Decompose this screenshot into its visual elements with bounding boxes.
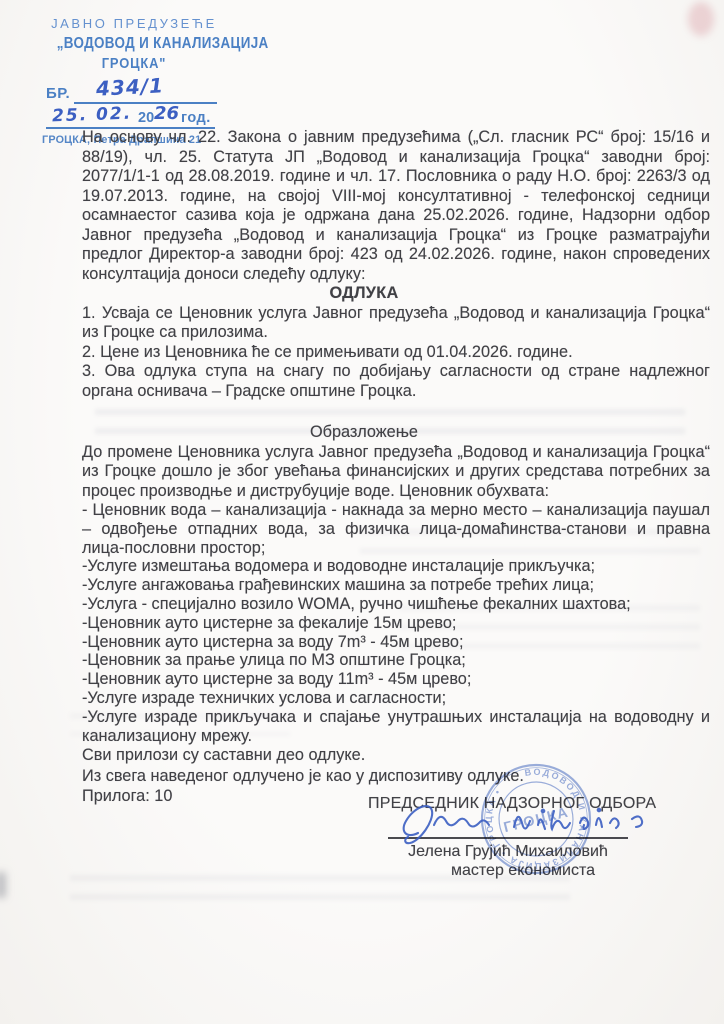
- decision-heading: ОДЛУКА: [82, 284, 646, 304]
- scan-smudge: [0, 872, 6, 898]
- company-place: ГРОЦКА": [55, 55, 213, 72]
- rationale-items: - Ценовник вода – канализација - накнада…: [82, 501, 710, 745]
- intro-paragraph: На основу чл. 22. Закона о јавним предуз…: [82, 128, 710, 284]
- list-item: -Услуга - специјално возило WOMA, ручно …: [82, 595, 710, 614]
- list-item: - Ценовник вода – канализација - накнада…: [82, 501, 710, 557]
- list-item: 2. Цене из Ценовника ће се примењивати о…: [82, 343, 710, 363]
- document-body: На основу чл. 22. Закона о јавним предуз…: [82, 128, 710, 807]
- date-day-month-handwritten: 25. 02.: [52, 104, 133, 127]
- closing-line-2: Из свега наведеног одлучено је као у дис…: [82, 767, 710, 787]
- list-item: -Услуге израде техничких услова и саглас…: [82, 689, 710, 708]
- list-item: -Ценовник за прање улица по МЗ општине Г…: [82, 651, 710, 670]
- list-item: -Услуге израде прикључака и спајање унут…: [82, 708, 710, 746]
- company-name: „ВОДОВОД И КАНАЛИЗАЦИЈА: [57, 35, 212, 53]
- scan-smudge: [688, 2, 714, 36]
- decision-items: 1. Усваја се Ценовник услуга Јавног пред…: [82, 304, 710, 402]
- handwritten-signature: [396, 797, 658, 849]
- rationale-intro: До промене Ценовника услуга Јавног преду…: [82, 443, 710, 502]
- date-suffix-printed: год.: [181, 110, 211, 126]
- date-century-printed: 20: [138, 110, 154, 126]
- list-item: -Услуге измештања водомера и водоводне и…: [82, 557, 710, 576]
- list-item: -Ценовник ауто цистерне за воду 11m³ - 4…: [82, 670, 710, 689]
- registry-number-row: БР. 434/1: [42, 81, 226, 105]
- rationale-heading: Образложење: [82, 423, 646, 443]
- list-item: -Ценовник ауто цистерне за фекалије 15м …: [82, 614, 710, 633]
- registry-number-handwritten: 434/1: [95, 73, 164, 101]
- registry-number-label: БР.: [46, 85, 70, 102]
- list-item: 3. Ова одлука ступа на снагу по добијању…: [82, 362, 710, 401]
- date-year-handwritten: 26: [154, 103, 179, 124]
- scanned-document-page: ЈАВНО ПРЕДУЗЕЋЕ „ВОДОВОД И КАНАЛИЗАЦИЈА …: [0, 0, 724, 1024]
- closing-line-1: Сви прилози су саставни део одлуке.: [82, 746, 710, 766]
- company-type: ЈАВНО ПРЕДУЗЕЋЕ: [42, 16, 226, 31]
- list-item: 1. Усваја се Ценовник услуга Јавног пред…: [82, 304, 710, 343]
- list-item: -Услуге ангажовања грађевинских машина з…: [82, 576, 710, 595]
- list-item: -Ценовник ауто цистерна за воду 7m³ - 45…: [82, 633, 710, 652]
- registry-number-underline: [74, 102, 217, 104]
- letterhead-stamp: ЈАВНО ПРЕДУЗЕЋЕ „ВОДОВОД И КАНАЛИЗАЦИЈА …: [42, 16, 226, 146]
